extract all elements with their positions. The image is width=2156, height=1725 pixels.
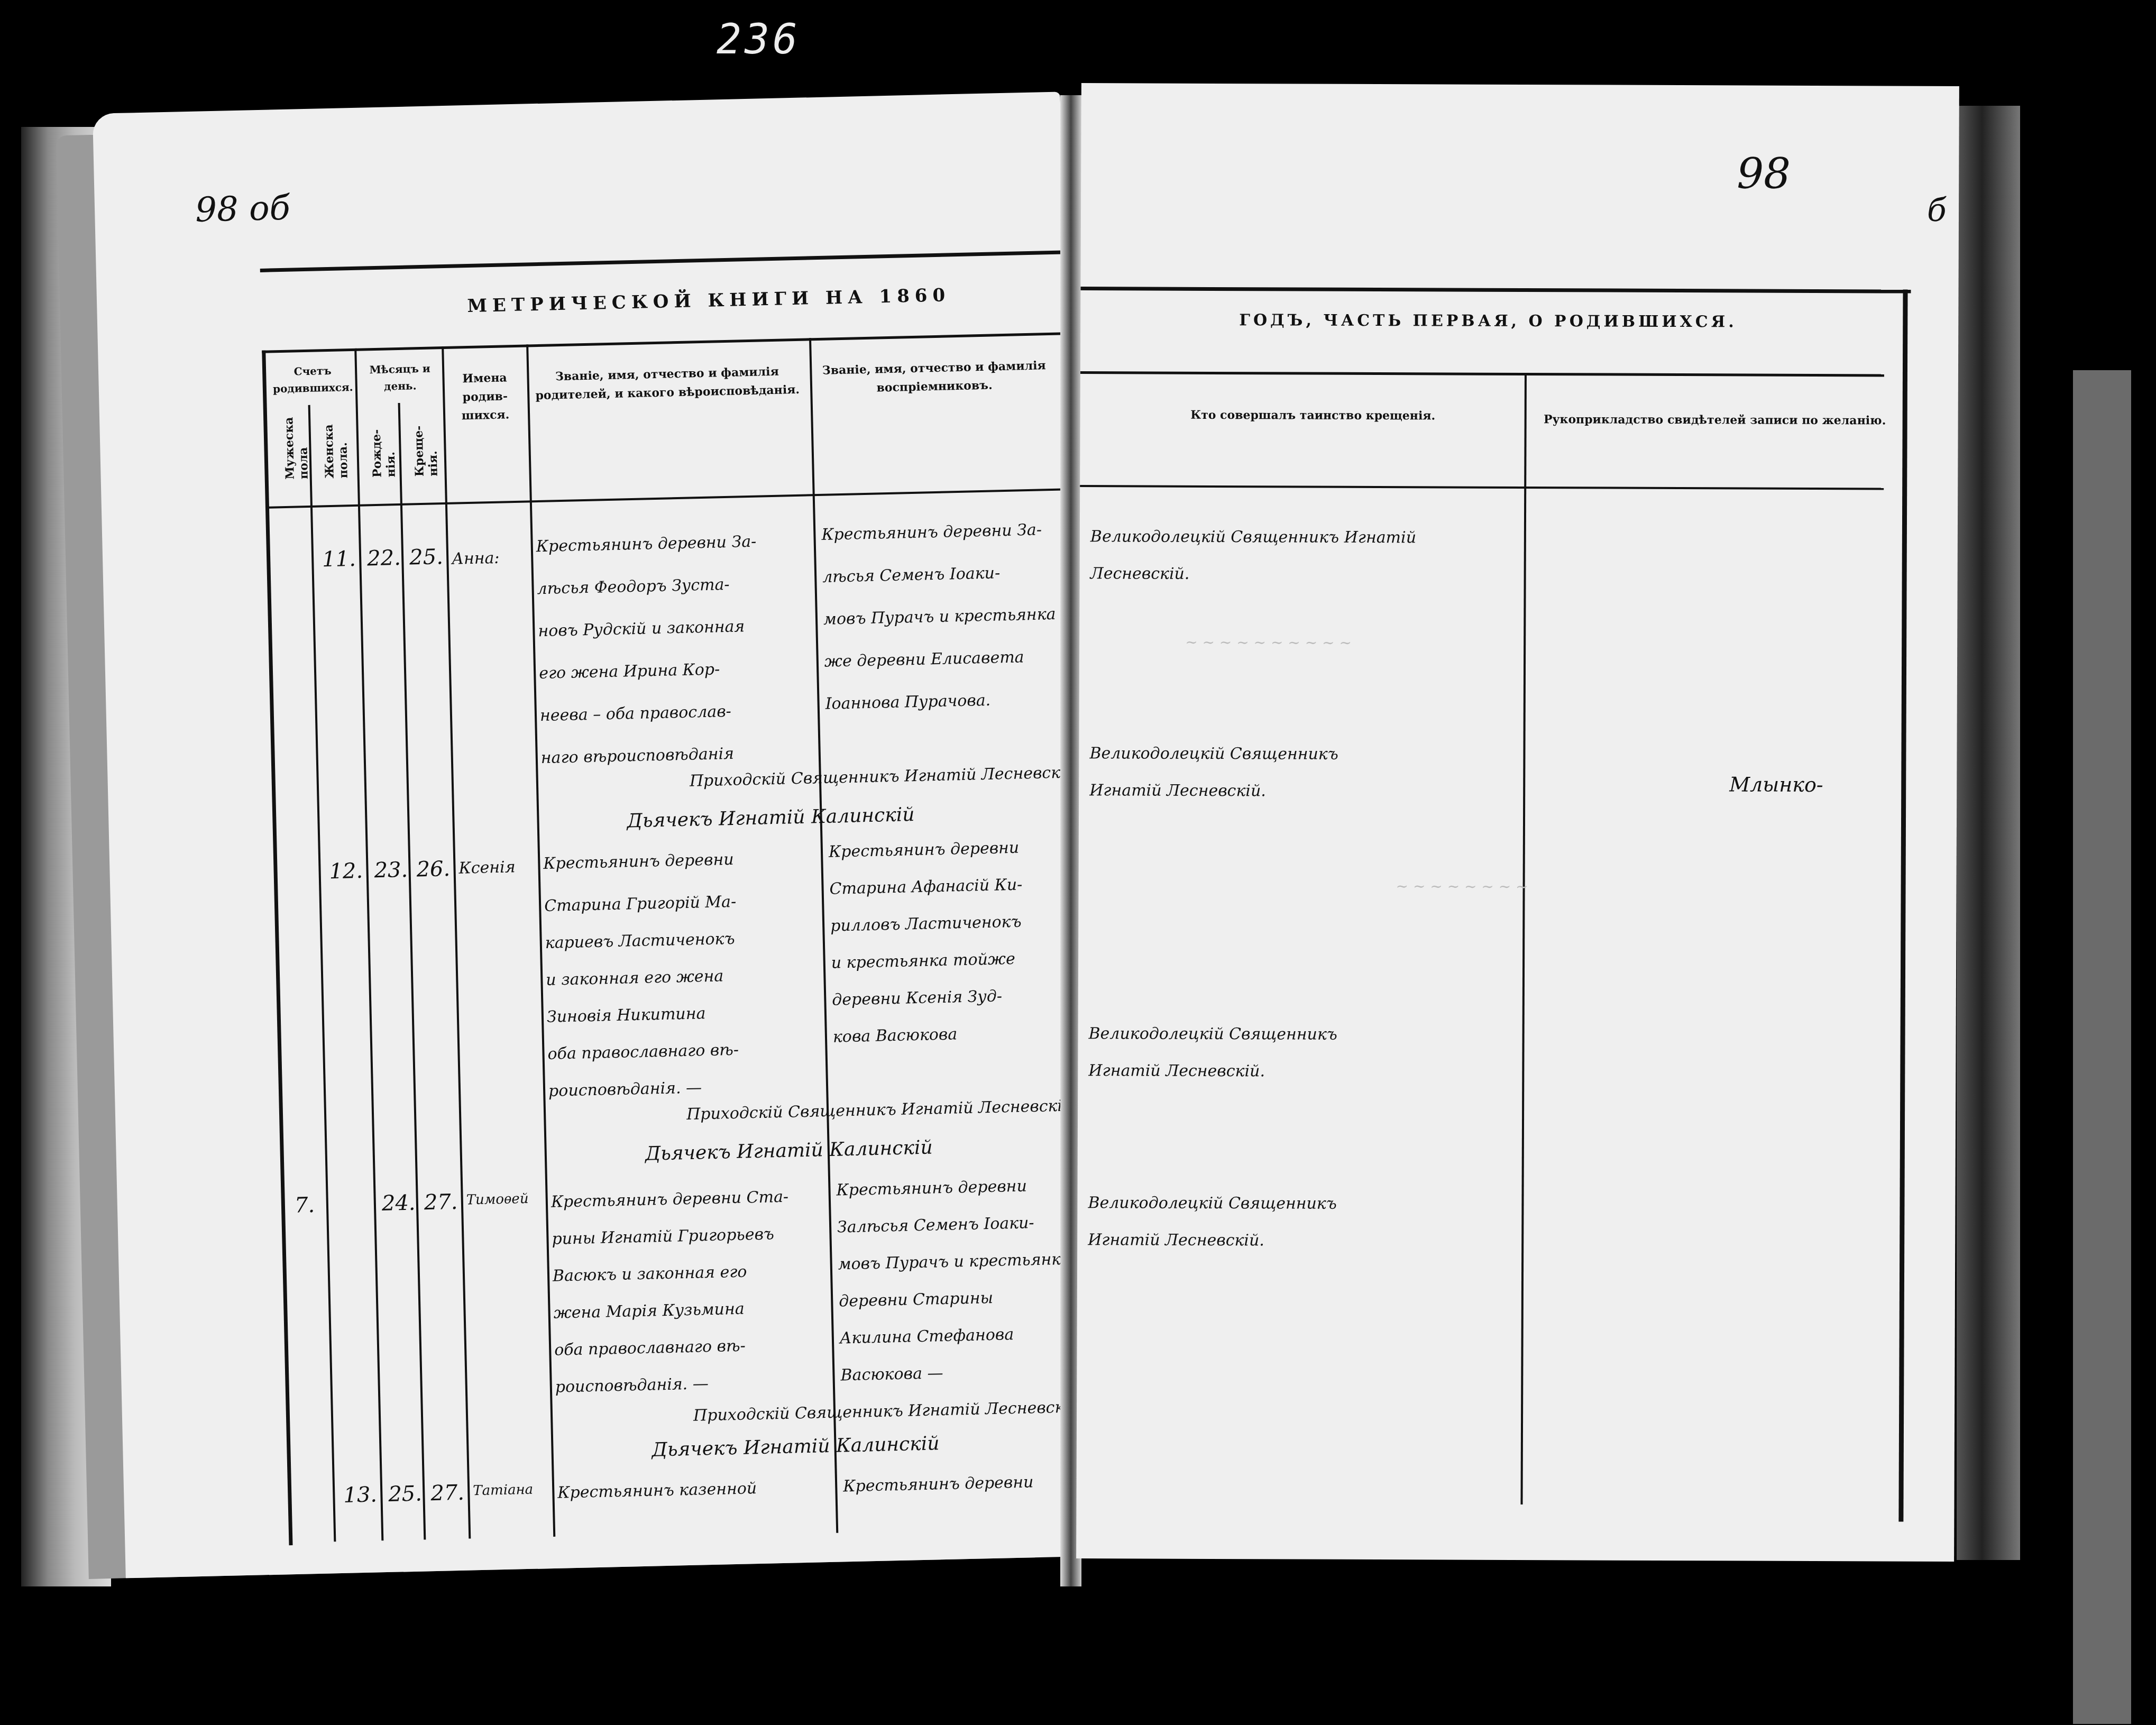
godparents-line: мовъ Пурачъ и крестьянка [838,1250,1070,1274]
godparents-line: деревни Ксенія Зуд- [832,987,1002,1009]
header-bottom-rule [262,332,1066,353]
rule [262,351,292,1546]
right-header-rule [1081,287,1911,293]
parents-line: неева – оба православ- [540,702,732,725]
left-page: 98 об МЕТРИЧЕСКОЙ КНИГИ НА 1860 Счетъ ро… [93,91,1093,1578]
godparents-line: деревни Старины [839,1289,994,1311]
col-born: Рожде- нія. [369,414,398,478]
sacrament-line: Великодолецкій Священникъ Игнатій [1090,527,1416,547]
col-witnesses: Рукоприкладство свидѣтелей записи по жел… [1530,402,1900,438]
parents-line: роисповѣданія. — [555,1374,709,1397]
parents-line: Зиновія Никитина [547,1004,706,1026]
entry-baptized: 25. [409,545,444,570]
parents-line: и законная его жена [546,967,724,989]
right-page: 98 б ГОДЪ, ЧАСТЬ ПЕРВАЯ, О РОДИВШИХСЯ. К… [1076,83,1959,1562]
parents-line: новъ Рудскій и законная [538,617,745,640]
register-entry: 12. 23. 26. Ксенія Крестьянинъ деревни С… [93,91,1060,114]
parents-line: наго вѣроисповѣданія [540,745,734,767]
parents-line: Васюкъ и законная его [553,1262,747,1285]
entry-baptized: 26. [416,857,451,882]
archive-stamp: 236 [717,16,801,63]
parents-line: Крестьянинъ деревни За- [536,533,756,556]
parents-line: жена Марія Кузьмина [553,1300,745,1323]
witness-margin-note: Млынко- [1729,773,1823,796]
rule [308,405,336,1542]
entry-born: 23. [374,858,408,883]
sacrament-line: Игнатій Лесневскій. [1088,1231,1264,1250]
colhead-bottom-rule [1080,485,1884,490]
entry-female-no: 13. [343,1482,378,1507]
godparents-line: Крестьянинъ деревни [843,1473,1034,1495]
col-baptized: Креще- нія. [411,412,441,476]
register-entry: 11. 22. 25. Анна: Крестьянинъ деревни За… [93,91,1060,114]
entry-name: Татіана [473,1482,534,1499]
right-folio-mark: б [1927,192,1947,229]
left-folio-number: 98 об [195,189,290,230]
col-sacrament: Кто совершалъ таинство крещенія. [1096,406,1530,426]
sacrament-line: Игнатій Лесневскій. [1089,781,1266,800]
parents-line: его жена Ирина Кор- [539,660,720,683]
entry-female-no: 11. [322,547,356,572]
parents-line: кариевъ Ластиченокъ [545,930,735,952]
col-count-header: Счетъ родившихся. [270,362,355,398]
parents-line: Крестьянинъ деревни Ста- [551,1188,789,1212]
godparents-line: Акилина Стефанова [840,1325,1014,1347]
parents-line: оба православнаго вѣ- [547,1041,739,1063]
godparents-line: лѣсья Семенъ Іоаки- [822,564,1001,586]
parents-line: роисповѣданія. — [548,1078,702,1100]
entry-baptized: 27. [430,1481,465,1506]
register-entry: 7. 24. 27. Тимоѳей Крестьянинъ деревни С… [93,91,1060,114]
godparents-line: Васюкова — [840,1364,943,1384]
sacrament-line: Игнатій Лесневскій. [1088,1061,1265,1080]
godparents-line: мовъ Пурачъ и крестьянка та- [823,604,1091,628]
sacrament-line: Лесневскій. [1090,564,1190,583]
register-entry: 13. 25. 27. Татіана Крестьянинъ казенной… [93,91,1060,114]
col-godparents: Званіе, имя, отчество и фамилія воспріем… [818,356,1051,399]
col-count-female: Женска пола. [322,404,351,479]
clerk-signature: Дьячекъ Игнатій Калинскій [645,1136,933,1164]
godparents-line: и крестьянка тойже [831,950,1015,972]
book-edge-right [1957,106,2020,1560]
entry-born: 25. [388,1482,423,1507]
col-count-male: Мужеска пола [282,405,311,480]
godparents-line: Іоаннова Пурачова. [825,691,990,713]
godparents-line: Крестьянинъ деревни [829,839,1020,861]
colhead-bottom-rule [265,488,1069,508]
sacrament-line: Великодолецкій Священникъ [1088,1194,1336,1213]
entry-male-no: 7. [294,1193,315,1218]
godparents-line: кова Васюкова [833,1025,958,1046]
entry-female-no: 12. [329,859,363,884]
officiant-signature: Приходскій Священникъ Игнатій Лесневскій [686,1096,1073,1124]
left-header-rule [260,250,1064,272]
sacrament-line: Великодолецкій Священникъ [1089,744,1338,764]
parents-line: Старина Григорій Ма- [544,893,737,915]
rule [354,348,383,1541]
parents-line: Крестьянинъ казенной [557,1479,757,1502]
parents-line: рины Игнатій Григорьевъ [552,1225,774,1249]
entry-name: Анна: [452,549,500,568]
godparents-line: же деревни Елисавета [824,648,1024,671]
right-folio-number: 98 [1737,149,1791,198]
left-header-title: МЕТРИЧЕСКОЙ КНИГИ НА 1860 [467,285,951,317]
bleed-through-text: ~ ~ ~ ~ ~ ~ ~ ~ ~ ~ [1185,634,1352,652]
godparents-line: Залѣсья Семенъ Іоаки- [837,1214,1034,1236]
clerk-signature: Дьячекъ Игнатій Калинскій [652,1433,940,1461]
godparents-line: Крестьянинъ деревни [836,1177,1027,1199]
col-month-day-header: Мѣсяцъ и день. [357,360,443,396]
header-bottom-rule [1080,371,1884,377]
sacrament-line: Великодолецкій Священникъ [1089,1024,1337,1044]
rule [809,338,838,1533]
rule [1520,373,1526,1504]
entry-born: 24. [381,1191,416,1216]
godparents-line: рилловъ Ластиченокъ [830,913,1022,935]
parents-line: лѣсья Феодоръ Зуста- [537,575,730,598]
page-border [1898,290,1907,1522]
rule [398,403,426,1540]
entry-name: Ксенія [458,858,516,877]
entry-name: Тимоѳей [466,1191,528,1208]
parents-line: оба православнаго вѣ- [554,1337,746,1360]
officiant-signature: Приходскій Священникъ Игнатій Лесневскій [690,763,1076,791]
entry-baptized: 27. [424,1190,458,1215]
clerk-signature: Дьячекъ Игнатій Калинскій [627,804,915,832]
godparents-line: Крестьянинъ деревни За- [821,520,1042,544]
entry-born: 22. [367,546,401,571]
rule [442,346,471,1539]
officiant-signature: Приходскій Священникъ Игнатій Лесневскій [693,1398,1080,1425]
col-parents: Званіе, имя, отчество и фамилія родителе… [532,362,802,406]
bleed-through-text: ~ ~ ~ ~ ~ ~ ~ ~ [1396,877,1528,895]
right-header-title: ГОДЪ, ЧАСТЬ ПЕРВАЯ, О РОДИВШИХСЯ. [1239,311,1737,331]
book-edge-tab [2073,370,2131,1724]
col-names: Имена родив- шихся. [447,369,522,426]
godparents-line: Старина Афанасій Ки- [829,875,1022,898]
parents-line: Крестьянинъ деревни [543,850,734,873]
